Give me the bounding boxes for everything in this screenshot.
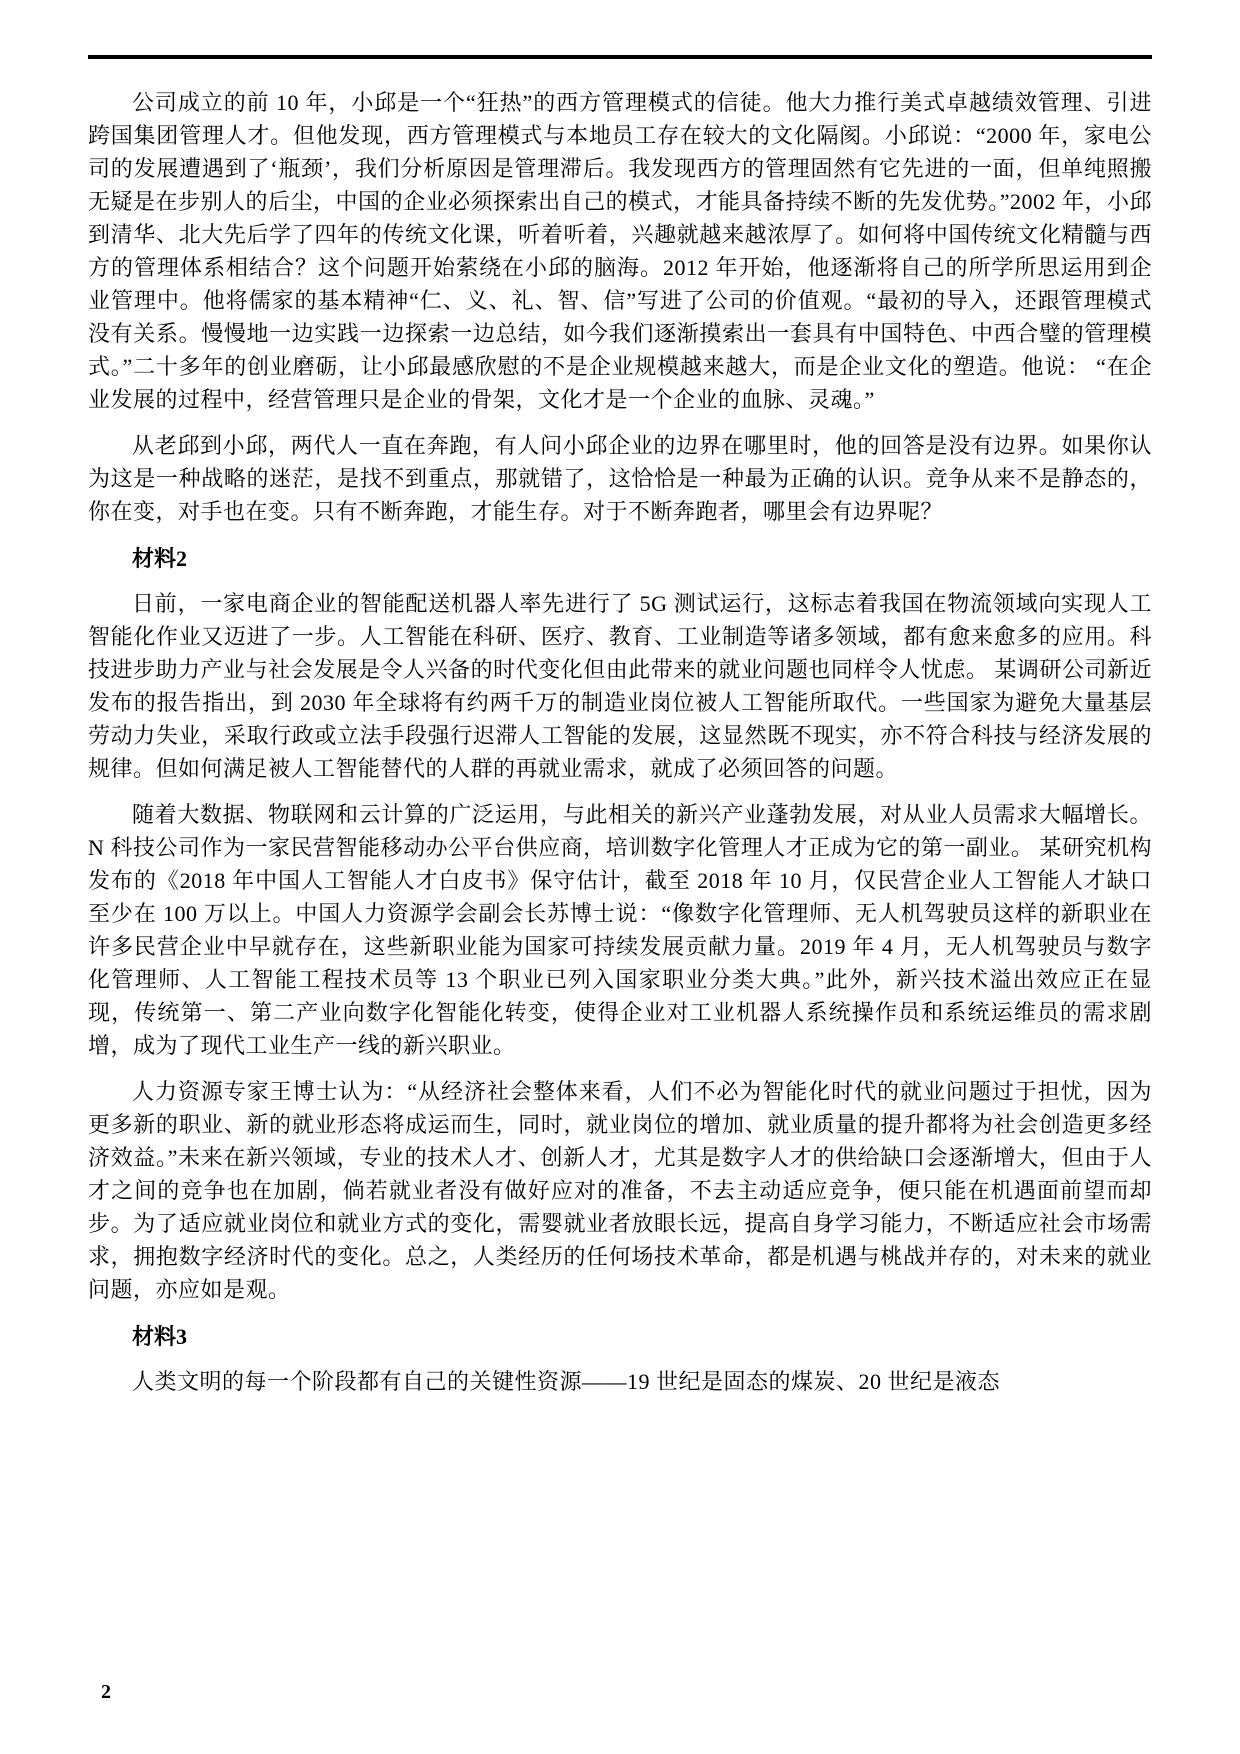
document-page: 公司成立的前 10 年，小邱是一个“狂热”的西方管理模式的信徒。他大力推行美式卓… xyxy=(0,0,1240,1754)
document-body: 公司成立的前 10 年，小邱是一个“狂热”的西方管理模式的信徒。他大力推行美式卓… xyxy=(88,86,1152,1398)
paragraph-material1-company-history: 公司成立的前 10 年，小邱是一个“狂热”的西方管理模式的信徒。他大力推行美式卓… xyxy=(88,86,1152,416)
paragraph-material2-expert-view: 人力资源专家王博士认为：“从经济社会整体来看，人们不必为智能化时代的就业问题过于… xyxy=(88,1075,1152,1306)
section-heading-material-2: 材料2 xyxy=(88,542,1152,575)
paragraph-material3-key-resources: 人类文明的每一个阶段都有自己的关键性资源——19 世纪是固态的煤炭、20 世纪是… xyxy=(88,1365,1152,1398)
page-number: 2 xyxy=(101,1681,111,1704)
section-heading-material-3: 材料3 xyxy=(88,1320,1152,1353)
paragraph-material1-no-boundary: 从老邱到小邱，两代人一直在奔跑，有人问小邱企业的边界在哪里时，他的回答是没有边界… xyxy=(88,429,1152,528)
paragraph-material2-ai-jobs: 日前，一家电商企业的智能配送机器人率先进行了 5G 测试运行，这标志着我国在物流… xyxy=(88,587,1152,785)
header-rule xyxy=(88,55,1152,59)
paragraph-material2-new-industries: 随着大数据、物联网和云计算的广泛运用，与此相关的新兴产业蓬勃发展，对从业人员需求… xyxy=(88,798,1152,1062)
